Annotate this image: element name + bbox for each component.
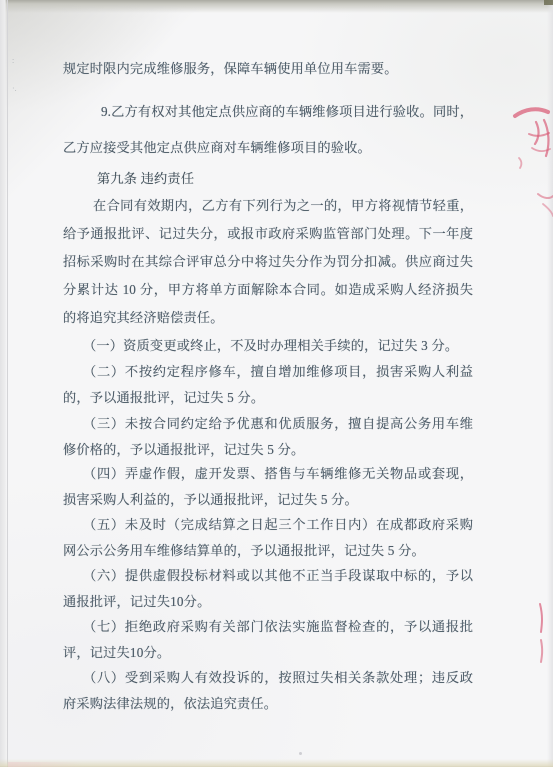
text-line: 网公示公务用车维修结算单的，予以通报批评，记过失 5 分。 [63,543,473,559]
scan-edge-bottom [0,759,553,767]
text-line: 在合同有效期内，乙方有下列行为之一的，甲方将视情节轻重， [63,198,473,214]
text-line: 的将追究其经济赔偿责任。 [63,310,473,326]
text-line: 修价格的，予以通报批评，记过失 5 分。 [63,442,473,458]
text-line: （七）拒绝政府采购有关部门依法实施监督检查的，予以通报批 [63,619,473,635]
pink-scan-edge-tint [8,762,82,767]
scan-edge-right [547,0,553,767]
text-line: （三）未按合同约定给予优惠和优质服务，擅自提高公务用车维 [63,416,473,432]
text-line: 的，予以通报批评，记过失 5 分。 [63,390,473,406]
scan-edge-left [0,0,8,767]
section-heading-article-9: 第九条 违约责任 [63,171,473,187]
pencil-speck: ·. [12,84,17,93]
scan-edge-top [0,0,553,13]
text-line: 招标采购时在其综合评审总分中将过失分作为罚分扣减。供应商过失 [63,254,473,270]
scan-corner-dark [544,0,553,5]
text-line: 乙方应接受其他定点供应商对车辆维修项目的验收。 [63,140,473,156]
text-line: （六）提供虚假投标材料或以其他不正当手段谋取中标的，予以 [63,568,473,584]
text-line: （八）受到采购人有效投诉的，按照过失相关条款处理；违反政 [63,670,473,686]
paper: : ·. 规定时限内完成维修服务，保障车辆使用单位用车需要。 9.乙方有权对其他… [0,0,553,767]
scanned-contract-page: : ·. 规定时限内完成维修服务，保障车辆使用单位用车需要。 9.乙方有权对其他… [0,0,553,767]
pencil-speck: : [12,56,14,65]
text-line: （二）不按约定程序修车，擅自增加维修项目，损害采购人利益 [63,364,473,380]
text-line: 9.乙方有权对其他定点供应商的车辆维修项目进行验收。同时， [63,104,473,120]
stray-dot [299,752,302,755]
text-line: 通报批评，记过失10分。 [63,594,473,610]
text-line: 府采购法律法规的，依法追究责任。 [63,696,473,712]
text-line: 规定时限内完成维修服务，保障车辆使用单位用车需要。 [63,61,473,77]
text-line: 给予通报批评、记过失分，或报市政府采购监管部门处理。下一年度 [63,226,473,242]
text-line: （一）资质变更或终止，不及时办理相关手续的，记过失 3 分。 [63,338,473,354]
red-pen-annotation-marks [505,100,553,670]
text-line: 分累计达 10 分，甲方将单方面解除本合同。如造成采购人经济损失 [63,282,473,298]
text-line: 损害采购人利益的，予以通报批评，记过失 5 分。 [63,492,473,508]
text-line: （五）未及时（完成结算之日起三个工作日内）在成都政府采购 [63,517,473,533]
text-line: 评，记过失10分。 [63,645,473,661]
text-line: （四）弄虚作假，虚开发票、搭售与车辆维修无关物品或套现， [63,466,473,482]
